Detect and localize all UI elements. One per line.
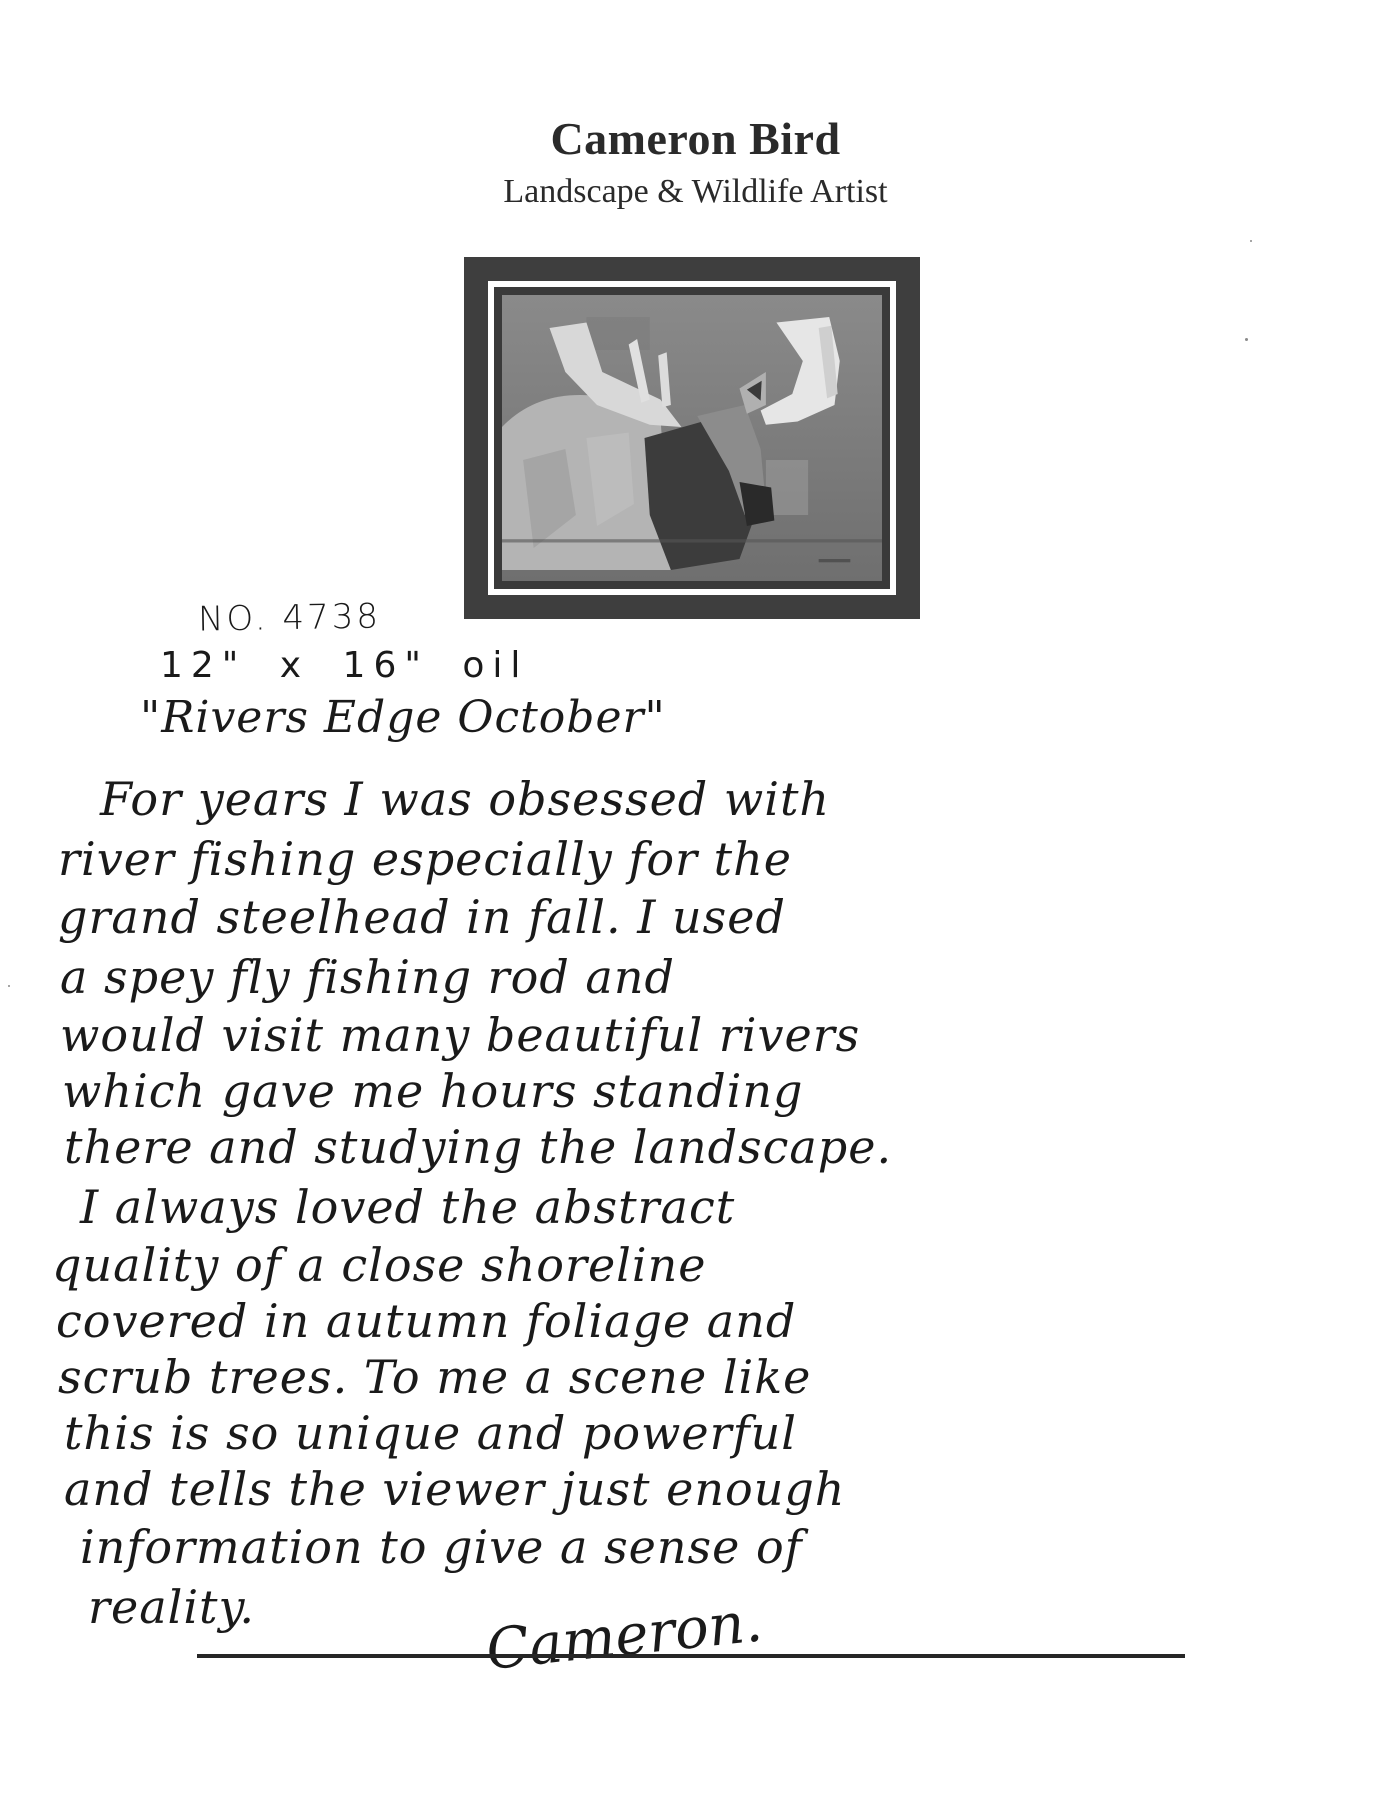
letter-line: grand steelhead in fall. I used: [58, 890, 786, 944]
signature-line: [197, 1654, 1185, 1658]
letter-line: quality of a close shoreline: [52, 1238, 706, 1292]
letter-body: For years I was obsessed with river fish…: [0, 0, 1391, 1800]
letter-line: For years I was obsessed with: [100, 772, 830, 826]
letter-line: which gave me hours standing: [62, 1064, 803, 1118]
letter-line: this is so unique and powerful: [64, 1406, 797, 1460]
letter-line: river fishing especially for the: [58, 832, 792, 886]
scan-speck: [8, 985, 10, 987]
letter-line: information to give a sense of: [80, 1520, 803, 1574]
scan-speck: [1250, 240, 1252, 242]
scan-speck: [1245, 338, 1248, 341]
letter-line: a spey fly fishing rod and: [60, 950, 675, 1004]
letter-line: reality.: [88, 1580, 255, 1634]
letter-line: there and studying the landscape.: [64, 1120, 892, 1174]
letter-line: I always loved the abstract: [80, 1180, 735, 1234]
letter-line: covered in autumn foliage and: [56, 1294, 796, 1348]
letter-line: scrub trees. To me a scene like: [58, 1350, 811, 1404]
letter-line: would visit many beautiful rivers: [60, 1008, 860, 1062]
letter-line: and tells the viewer just enough: [64, 1462, 845, 1516]
